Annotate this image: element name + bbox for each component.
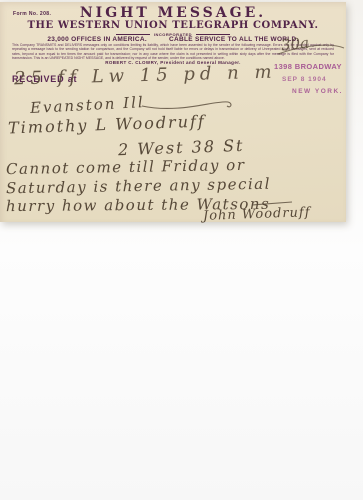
rule-right [196, 34, 230, 35]
stamp-new-york: NEW YORK. [292, 88, 343, 95]
handwritten-signature: John Woodruff [203, 205, 311, 224]
company-name: THE WESTERN UNION TELEGRAPH COMPANY. [0, 20, 346, 31]
telegram-card: Form No. 208. NIGHT MESSAGE. THE WESTERN… [0, 2, 346, 222]
handwritten-message-line-2: Saturday is there any special [6, 175, 271, 198]
stamp-date: SEP 8 1904 [282, 76, 327, 83]
stamp-broadway: 1398 BROADWAY [274, 62, 342, 71]
rule-left [116, 34, 150, 35]
form-title: NIGHT MESSAGE. [0, 5, 346, 21]
handwritten-service-line: 25 ff Lw 15 pd n m [14, 62, 277, 90]
handwritten-corner-note: 30a [280, 34, 310, 55]
offices-label: 23,000 OFFICES IN AMERICA. [47, 36, 147, 43]
